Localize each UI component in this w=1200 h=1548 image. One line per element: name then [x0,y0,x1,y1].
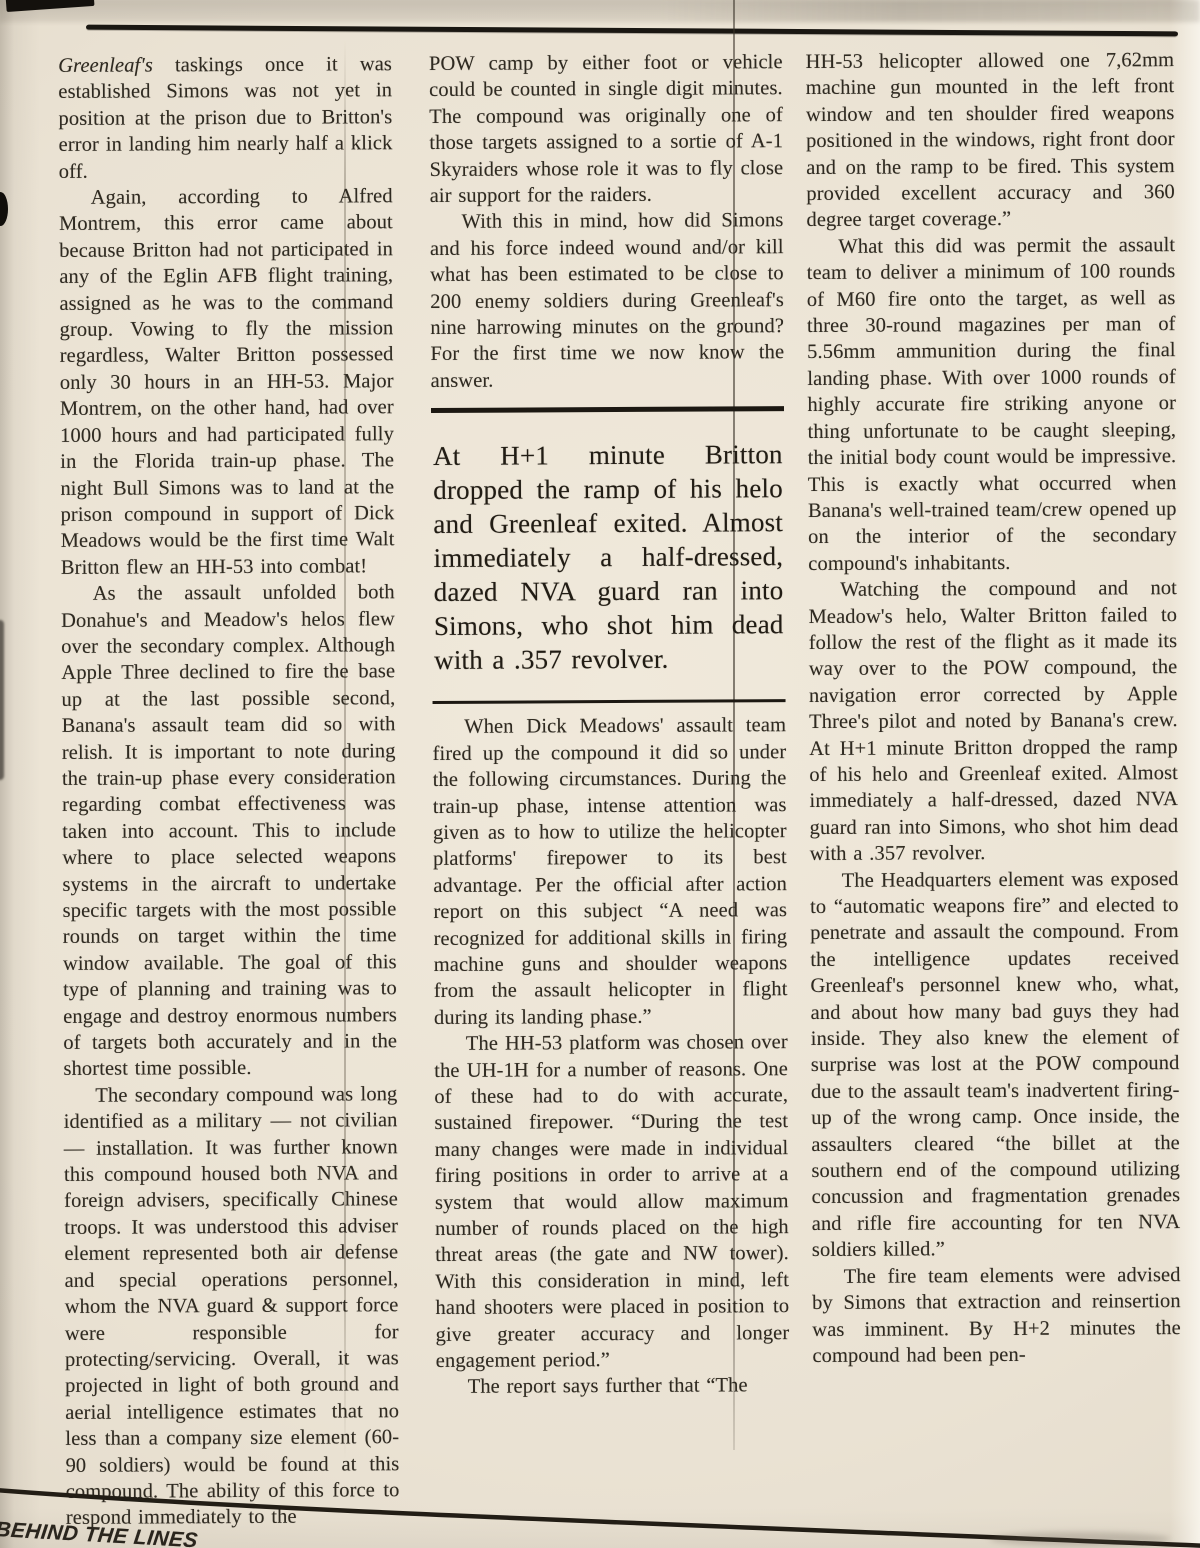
paragraph: Greenleaf's taskings once it was establi… [58,51,392,185]
paragraph: The fire team elements were advised by S… [812,1262,1181,1370]
paragraph: What this did was permit the assault tea… [807,232,1177,577]
column-1: Greenleaf's taskings once it was establi… [58,51,400,1531]
paragraph: The Headquarters element was exposed to … [810,866,1181,1264]
scan-bottom-smudge [990,1532,1170,1546]
scan-edge-blob [0,192,8,226]
paragraph: With this in mind, how did Simons and hi… [430,208,785,395]
article-columns: Greenleaf's taskings once it was establi… [58,47,1182,1532]
paragraph: When Dick Meadows' assault team fired up… [432,712,787,1031]
column-2: POW camp by either foot or vehicle could… [429,49,790,1401]
codename-italic: Greenleaf's [58,54,153,76]
paragraph: The secondary compound was long identifi… [64,1081,400,1532]
pull-quote: At H+1 minute Britton dropped the ramp o… [431,406,786,704]
top-rule [86,25,1178,37]
paragraph: HH-53 helicopter allowed one 7,62mm mach… [806,47,1176,234]
scan-edge-streak [0,620,4,780]
column-3: HH-53 helicopter allowed one 7,62mm mach… [806,47,1181,1369]
scanned-magazine-page: Greenleaf's taskings once it was establi… [0,0,1200,1548]
paragraph: POW camp by either foot or vehicle could… [429,49,783,209]
paragraph: Again, according to Alfred Montrem, this… [59,183,395,581]
paragraph: The HH-53 platform was chosen over the U… [434,1029,789,1374]
scan-top-smudge [0,0,1200,22]
paragraph: The report says further that “The [436,1373,790,1401]
paragraph: Watching the compound and not Meadow's h… [808,575,1178,867]
paragraph: As the assault unfolded both Donahue's a… [61,579,397,1082]
